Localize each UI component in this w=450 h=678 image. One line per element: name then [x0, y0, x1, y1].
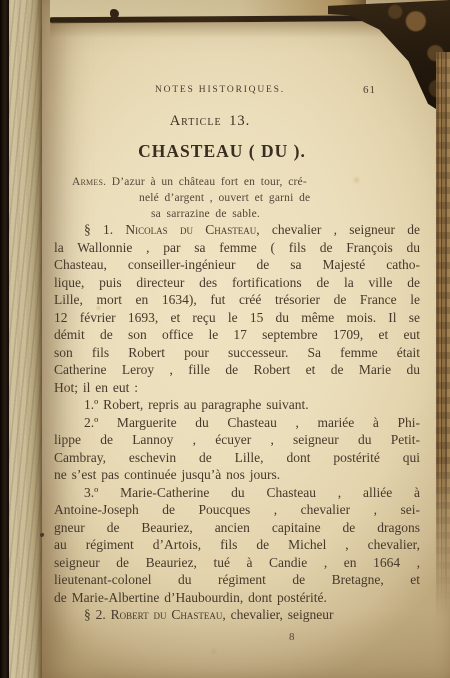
- body-line: seigneur de Beauriez, tué à Candie , en …: [54, 554, 420, 572]
- body-line: 1.º Robert, repris au paragraphe suivant…: [54, 396, 420, 414]
- body-line: ne s’est pas continuée jusqu’à nos jours…: [54, 466, 420, 484]
- body-line-text: son fils Robert pour successeur. Sa femm…: [54, 345, 420, 360]
- body-line-text: lieutenant-colonel du régiment de Bretag…: [54, 572, 420, 587]
- body-line-text: la Wallonnie , par sa femme ( fils de Fr…: [54, 240, 420, 255]
- body-line: Antoine-Joseph de Poucques , chevalier ,…: [54, 501, 420, 519]
- body-line: la Wallonnie , par sa femme ( fils de Fr…: [54, 239, 420, 257]
- signature-mark: 8: [289, 631, 295, 643]
- armes-text: D’azur à un château fort en tour, cré-: [106, 176, 307, 188]
- armes-line: nelé d’argent , ouvert et garni de: [139, 192, 310, 204]
- body-line-text: § 1.: [84, 222, 125, 237]
- body-text: § 1. Nicolas du Chasteau, chevalier , se…: [54, 221, 420, 624]
- body-line-text: Antoine-Joseph de Poucques , chevalier ,…: [54, 502, 420, 517]
- body-line: Chasteau, conseiller-ingénieur de sa Maj…: [54, 256, 420, 274]
- body-line: lieutenant-colonel du régiment de Bretag…: [54, 571, 420, 589]
- body-line: son fils Robert pour successeur. Sa femm…: [54, 344, 420, 362]
- body-line-text: lippe de Lannoy , écuyer , seigneur du P…: [54, 432, 420, 447]
- body-line-text: 12 février 1693, et reçu le 15 du même m…: [54, 310, 420, 325]
- article-heading: Article 13.: [75, 113, 345, 130]
- body-line: Cambray, eschevin de Lille, dont postéri…: [54, 449, 420, 467]
- body-line-text: ne s’est pas continuée jusqu’à nos jours…: [54, 467, 280, 482]
- body-line-text: , chevalier , seigneur de: [256, 222, 420, 237]
- body-line: Hot; il en eut :: [54, 379, 420, 397]
- body-line-text: seigneur de Beauriez, tué à Candie , en …: [54, 555, 420, 570]
- body-line-text: de Marie-Albertine d’Haubourdin, dont po…: [54, 590, 327, 605]
- book-page-photo: NOTES HISTORIQUES. 61 Article 13. CHASTE…: [0, 0, 450, 678]
- show-through-text-texture: [8, 0, 42, 678]
- body-line: lique, puis directeur des fortifications…: [54, 274, 420, 292]
- body-line-text: 3.º Marie-Catherine du Chasteau , alliée…: [84, 485, 420, 500]
- body-line-text: 1.º Robert, repris au paragraphe suivant…: [84, 397, 309, 412]
- page-number: 61: [363, 84, 376, 96]
- body-line-text: Cambray, eschevin de Lille, dont postéri…: [54, 450, 420, 465]
- armes-label: Armes.: [72, 176, 106, 188]
- body-line: Catherine Leroy , fille de Robert et de …: [54, 361, 420, 379]
- small-caps-name: Robert du Chasteau: [111, 607, 223, 622]
- body-line: 12 février 1693, et reçu le 15 du même m…: [54, 309, 420, 327]
- body-line-text: § 2.: [84, 607, 111, 622]
- body-line: de Marie-Albertine d’Haubourdin, dont po…: [54, 589, 420, 607]
- body-line-text: démit de son office le 17 septembre 1709…: [54, 327, 420, 342]
- body-line: gneur de Beauriez, ancien capitaine de d…: [54, 519, 420, 537]
- body-line-text: Chasteau, conseiller-ingénieur de sa Maj…: [54, 257, 420, 272]
- body-line: § 1. Nicolas du Chasteau, chevalier , se…: [54, 221, 420, 239]
- running-header: NOTES HISTORIQUES.: [155, 85, 295, 95]
- body-line: démit de son office le 17 septembre 1709…: [54, 326, 420, 344]
- body-line: Lille, mort en 1634), fut créé trésorier…: [54, 291, 420, 309]
- foxing-spot: [210, 648, 218, 655]
- body-line-text: Catherine Leroy , fille de Robert et de …: [54, 362, 420, 377]
- body-line-text: au régiment d’Artois, fils de Michel , c…: [54, 537, 420, 552]
- body-line: lippe de Lannoy , écuyer , seigneur du P…: [54, 431, 420, 449]
- body-line: 2.º Marguerite du Chasteau , mariée à Ph…: [54, 414, 420, 432]
- body-line: 3.º Marie-Catherine du Chasteau , alliée…: [54, 484, 420, 502]
- small-caps-name: Nicolas du Chasteau: [125, 222, 256, 237]
- body-line: § 2. Robert du Chasteau, chevalier, seig…: [54, 606, 420, 624]
- chapter-title: CHASTEAU ( DU ).: [72, 141, 372, 162]
- armes-line: Armes. D’azur à un château fort en tour,…: [72, 176, 307, 188]
- body-line-text: , chevalier, seigneur: [222, 607, 333, 622]
- facing-page-sliver: [8, 0, 42, 678]
- body-line-text: 2.º Marguerite du Chasteau , mariée à Ph…: [84, 415, 420, 430]
- body-line: au régiment d’Artois, fils de Michel , c…: [54, 536, 420, 554]
- armes-line: sa sarrazine de sable.: [151, 208, 260, 220]
- body-line-text: Hot; il en eut :: [54, 380, 138, 395]
- foxing-spot: [352, 176, 361, 184]
- book-gutter-binding: [0, 0, 9, 678]
- body-line-text: Lille, mort en 1634), fut créé trésorier…: [54, 292, 420, 307]
- body-line-text: lique, puis directeur des fortifications…: [54, 275, 420, 290]
- body-line-text: gneur de Beauriez, ancien capitaine de d…: [54, 520, 420, 535]
